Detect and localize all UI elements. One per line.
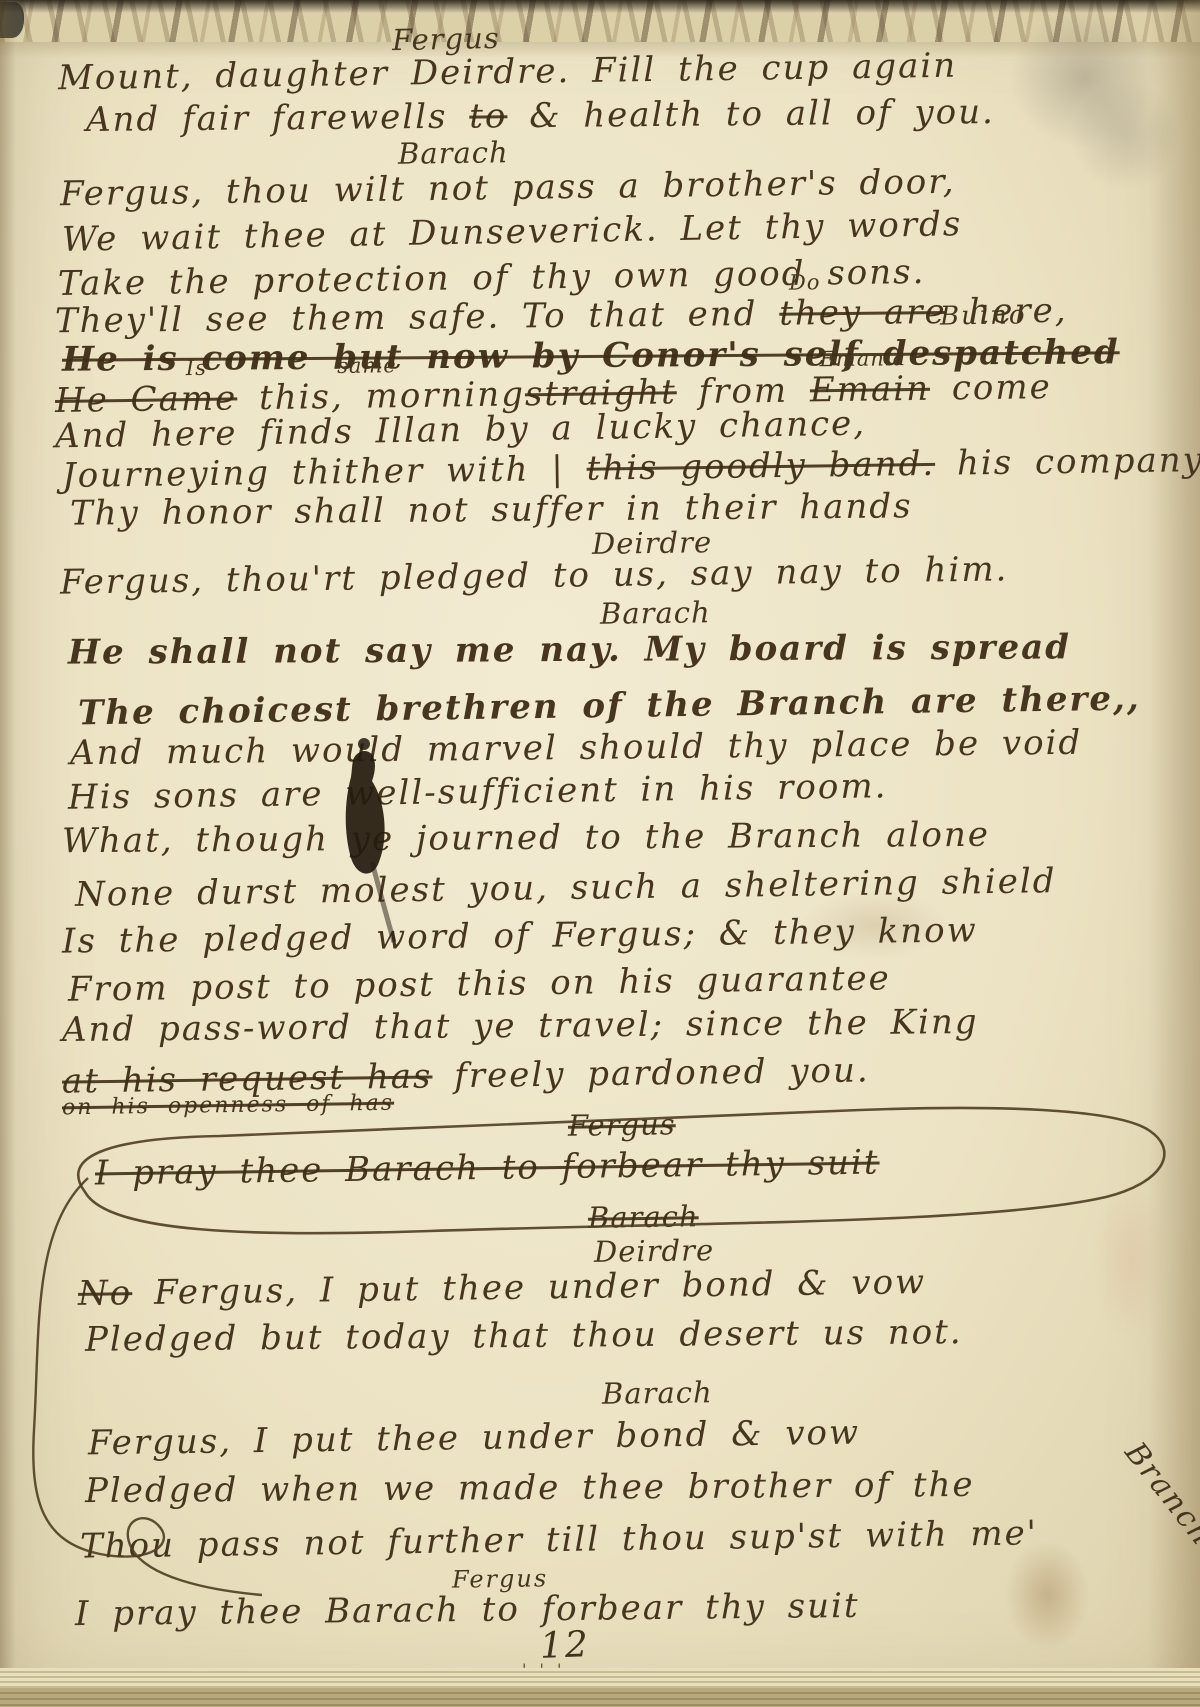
binding-torn-edge [0, 0, 1200, 42]
line-segment: Fergus, I put thee under bond & vow [132, 1262, 926, 1313]
insert-above: Is [186, 357, 207, 380]
page-left-edge-shading [0, 0, 16, 1707]
manuscript-line: Is the pledged word of Fergus; & they kn… [62, 912, 978, 961]
manuscript-line: He shall not say me nay. My board is spr… [68, 629, 1071, 672]
line-segment: freely pardoned you. [432, 1050, 870, 1096]
manuscript-line: And fair farewells to & health to all of… [86, 94, 995, 139]
line-segment: his company. [935, 440, 1200, 484]
insert-above: Emania [819, 347, 906, 371]
speaker-heading-barach: Barach [602, 1377, 713, 1410]
insert-above: Do [789, 271, 821, 294]
page-block-edge-light [0, 1668, 1200, 1688]
manuscript-line: What, though ye journed to the Branch al… [62, 817, 990, 861]
struck-segment: No [78, 1273, 133, 1314]
manuscript-line: Fergus, I put thee under bond & vow [88, 1415, 861, 1463]
circled-struck-line: I pray thee Barach to forbear thy suit [95, 1145, 880, 1193]
manuscript-line: Pledged but today that thou desert us no… [85, 1314, 963, 1359]
speaker-heading-barach: Barach [600, 597, 711, 630]
speaker-heading-barach: Barach [398, 137, 509, 170]
speaker-heading-deirdre: Deirdre [594, 1235, 715, 1269]
struck-segment: to [469, 96, 507, 136]
insert-above: same [337, 354, 397, 378]
manuscript-line: Thy honor shall not suffer in their hand… [70, 488, 913, 533]
manuscript-line: I pray thee Barach to forbear thy suit [75, 1588, 860, 1634]
interline-insert-buino: Buino [940, 301, 1027, 331]
speaker-heading-fergus-struck: Fergus [568, 1109, 676, 1142]
struck-segment: they are [779, 292, 947, 334]
manuscript-line: And much would marvel should thy place b… [70, 725, 1083, 773]
stain-smudge [1005, 1540, 1090, 1650]
manuscript-line: From post to post this on his guarantee [68, 960, 891, 1009]
line-segment: They'll see them safe. To that end [55, 294, 780, 342]
line-segment: And fair farewells [86, 97, 470, 140]
manuscript-line: Fergus, thou'rt pledged to us, say nay t… [60, 551, 1009, 602]
line-segment: & health to all of you. [507, 92, 995, 136]
speaker-heading-barach-struck: Barach [588, 1201, 699, 1234]
manuscript-line: And pass-word that ye travel; since the … [62, 1004, 979, 1049]
line-segment: come [930, 367, 1052, 409]
manuscript-line: Pledged when we made thee brother of the [85, 1467, 975, 1511]
manuscript-line: Thou pass not further till thou sup'st w… [80, 1515, 1038, 1566]
page-block-edge-dark [0, 1688, 1200, 1707]
struck-segment: this goodly band. [586, 444, 935, 489]
interline-struck-revision: on his openness of has [62, 1092, 394, 1121]
manuscript-line: No Fergus, I put thee under bond & vow [78, 1264, 927, 1313]
manuscript-line: His sons are well-sufficient in his room… [68, 768, 888, 817]
manuscript-line: None durst molest you, such a sheltering… [75, 863, 1057, 914]
manuscript-page: Fergus Mount, daughter Deirdre. Fill the… [0, 0, 1200, 1707]
manuscript-line: We wait thee at Dunseverick. Let thy wor… [62, 206, 963, 259]
